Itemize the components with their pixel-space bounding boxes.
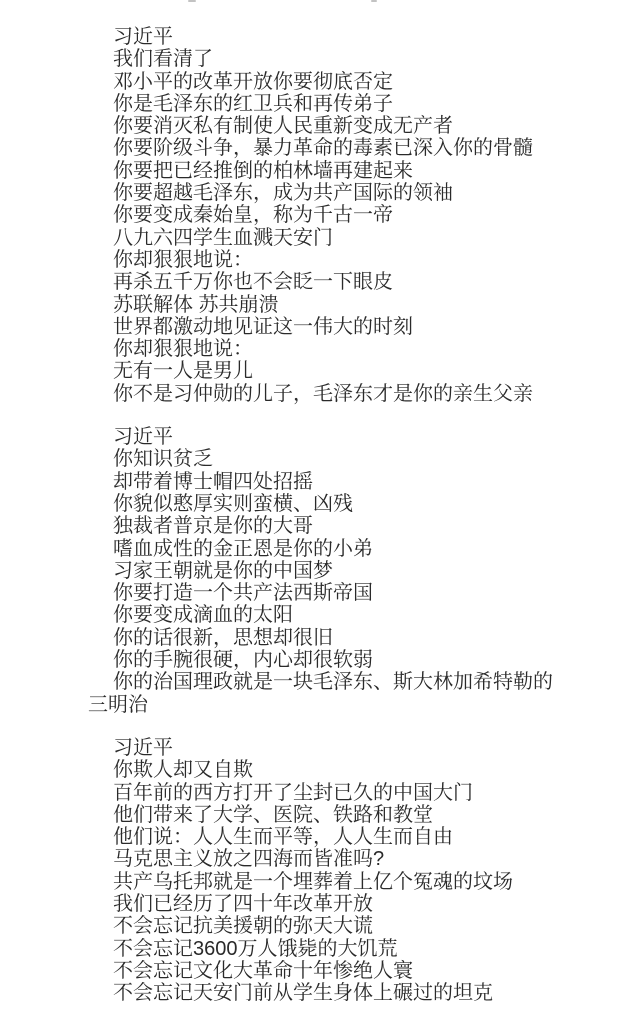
poem-line: 无有一人是男儿 [88,360,631,382]
poem-line: 他们带来了大学、医院、铁路和教堂 [88,804,631,826]
stanza-1: 习近平我们看清了邓小平的改革开放你要彻底否定你是毛泽东的红卫兵和再传弟子你要消灭… [88,26,631,405]
poem-line: 不会忘记文化大革命十年惨绝人寰 [88,960,631,982]
poem-line: 共产乌托邦就是一个埋葬着上亿个冤魂的坟场 [88,871,631,893]
poem-line: 你却狠狠地说： [88,249,631,271]
poem-line: 苏联解体 苏共崩溃 [88,294,631,316]
document-page: 习近平我们看清了邓小平的改革开放你要彻底否定你是毛泽东的红卫兵和再传弟子你要消灭… [0,0,631,1024]
poem-line: 马克思主义放之四海而皆准吗? [88,848,631,870]
poem-text: 习近平我们看清了邓小平的改革开放你要彻底否定你是毛泽东的红卫兵和再传弟子你要消灭… [88,26,631,1004]
poem-line: 你的手腕很硬，内心却很软弱 [88,649,631,671]
stanza-3: 习近平你欺人却又自欺百年前的西方打开了尘封已久的中国大门他们带来了大学、医院、铁… [88,737,631,1005]
poem-line: 不会忘记天安门前从学生身体上碾过的坦克 [88,982,631,1004]
poem-line: 再杀五千万你也不会眨一下眼皮 [88,271,631,293]
poem-line: 邓小平的改革开放你要彻底否定 [88,71,631,93]
poem-line: 习近平 [88,737,631,759]
poem-line: 你的治国理政就是一块毛泽东、斯大林加希特勒的 [88,671,631,693]
poem-line: 你不是习仲勋的儿子，毛泽东才是你的亲生父亲 [88,383,631,405]
poem-line: 你是毛泽东的红卫兵和再传弟子 [88,93,631,115]
poem-line: 不会忘记3600万人饿毙的大饥荒 [88,938,631,960]
poem-line: 你要阶级斗争，暴力革命的毒素已深入你的骨髓 [88,137,631,159]
cropped-text-remnant [371,0,377,2]
poem-line: 他们说：人人生而平等，人人生而自由 [88,826,631,848]
poem-line: 你要把已经推倒的柏林墙再建起来 [88,160,631,182]
poem-line: 三明治 [88,694,631,716]
poem-line: 你要变成滴血的太阳 [88,604,631,626]
poem-line: 嗜血成性的金正恩是你的小弟 [88,538,631,560]
stanza-2: 习近平你知识贫乏却带着博士帽四处招摇你貌似憨厚实则蛮横、凶残独裁者普京是你的大哥… [88,426,631,716]
poem-line: 你却狠狠地说： [88,338,631,360]
poem-line: 习近平 [88,26,631,48]
poem-line: 你欺人却又自欺 [88,759,631,781]
poem-line: 我们看清了 [88,48,631,70]
poem-line: 百年前的西方打开了尘封已久的中国大门 [88,782,631,804]
poem-line: 八九六四学生血溅天安门 [88,227,631,249]
poem-line: 你要变成秦始皇，称为千古一帝 [88,204,631,226]
poem-line: 习家王朝就是你的中国梦 [88,560,631,582]
poem-line: 不会忘记抗美援朝的弥天大谎 [88,915,631,937]
poem-line: 你知识贫乏 [88,448,631,470]
poem-line: 你要打造一个共产法西斯帝国 [88,582,631,604]
poem-line: 却带着博士帽四处招摇 [88,471,631,493]
poem-line: 你要消灭私有制使人民重新变成无产者 [88,115,631,137]
poem-line: 你要超越毛泽东，成为共产国际的领袖 [88,182,631,204]
cropped-text-remnant [188,0,196,2]
poem-line: 习近平 [88,426,631,448]
poem-line: 你貌似憨厚实则蛮横、凶残 [88,493,631,515]
poem-line: 我们已经历了四十年改革开放 [88,893,631,915]
poem-line: 世界都激动地见证这一伟大的时刻 [88,316,631,338]
poem-line: 你的话很新，思想却很旧 [88,627,631,649]
poem-line: 独裁者普京是你的大哥 [88,515,631,537]
